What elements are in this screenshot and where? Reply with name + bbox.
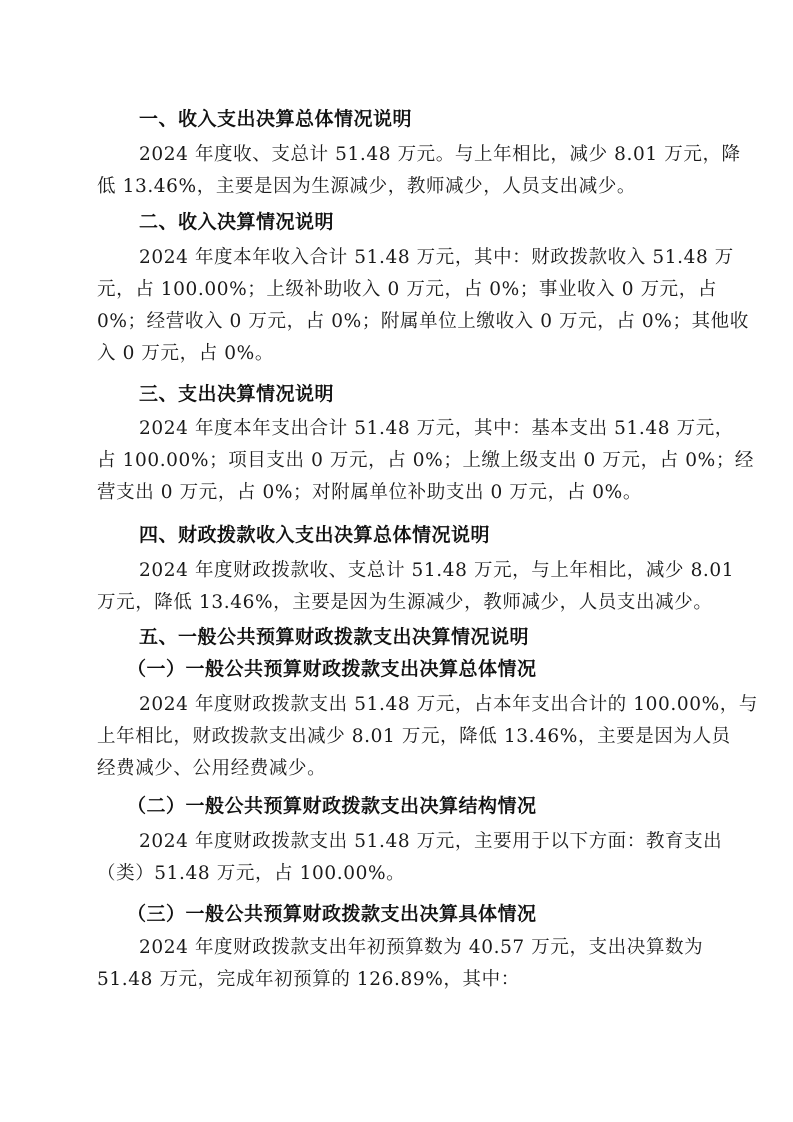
section-paragraph-2: 2024 年度本年收入合计 51.48 万元，其中：财政拨款收入 51.48 万… bbox=[97, 242, 699, 370]
paragraph-line: 低 13.46%，主要是因为生源减少，教师减少，人员支出减少。 bbox=[97, 171, 699, 203]
paragraph-line: 入 0 万元，占 0%。 bbox=[97, 338, 699, 370]
subsection-heading-5-1: （一）一般公共预算财政拨款支出决算总体情况 bbox=[127, 657, 537, 681]
section-heading-5: 五、一般公共预算财政拨款支出决算情况说明 bbox=[139, 625, 529, 649]
paragraph-line: 0%；经营收入 0 万元，占 0%；附属单位上缴收入 0 万元，占 0%；其他收 bbox=[97, 306, 699, 338]
section-heading-4: 四、财政拨款收入支出决算总体情况说明 bbox=[139, 523, 490, 547]
paragraph-line: 2024 年度财政拨款支出 51.48 万元，占本年支出合计的 100.00%，… bbox=[97, 689, 699, 721]
section-heading-1: 一、收入支出决算总体情况说明 bbox=[139, 107, 412, 131]
paragraph-line: 2024 年度本年支出合计 51.48 万元，其中：基本支出 51.48 万元， bbox=[97, 413, 699, 445]
paragraph-line: 营支出 0 万元，占 0%；对附属单位补助支出 0 万元，占 0%。 bbox=[97, 477, 699, 509]
section-paragraph-1: 2024 年度收、支总计 51.48 万元。与上年相比，减少 8.01 万元，降… bbox=[97, 139, 699, 203]
paragraph-line: 经费减少、公用经费减少。 bbox=[97, 753, 699, 785]
paragraph-line: 2024 年度财政拨款支出年初预算数为 40.57 万元，支出决算数为 bbox=[97, 932, 699, 964]
paragraph-line: 占 100.00%；项目支出 0 万元，占 0%；上缴上级支出 0 万元，占 0… bbox=[97, 445, 699, 477]
section-paragraph-4: 2024 年度财政拨款收、支总计 51.48 万元，与上年相比，减少 8.01 … bbox=[97, 555, 699, 619]
paragraph-line: 万元，降低 13.46%，主要是因为生源减少，教师减少，人员支出减少。 bbox=[97, 587, 699, 619]
subsection-paragraph-5-3: 2024 年度财政拨款支出年初预算数为 40.57 万元，支出决算数为 51.4… bbox=[97, 932, 699, 996]
paragraph-line: 2024 年度收、支总计 51.48 万元。与上年相比，减少 8.01 万元，降 bbox=[97, 139, 699, 171]
paragraph-line: 上年相比，财政拨款支出减少 8.01 万元，降低 13.46%，主要是因为人员 bbox=[97, 721, 699, 753]
subsection-heading-5-2: （二）一般公共预算财政拨款支出决算结构情况 bbox=[127, 794, 537, 818]
paragraph-line: 2024 年度本年收入合计 51.48 万元，其中：财政拨款收入 51.48 万 bbox=[97, 242, 699, 274]
subsection-paragraph-5-2: 2024 年度财政拨款支出 51.48 万元，主要用于以下方面：教育支出 （类）… bbox=[97, 826, 699, 890]
paragraph-line: 元，占 100.00%；上级补助收入 0 万元，占 0%；事业收入 0 万元，占 bbox=[97, 274, 699, 306]
subsection-heading-5-3: （三）一般公共预算财政拨款支出决算具体情况 bbox=[127, 902, 537, 926]
section-paragraph-3: 2024 年度本年支出合计 51.48 万元，其中：基本支出 51.48 万元，… bbox=[97, 413, 699, 509]
paragraph-line: 51.48 万元，完成年初预算的 126.89%，其中： bbox=[97, 964, 699, 996]
subsection-paragraph-5-1: 2024 年度财政拨款支出 51.48 万元，占本年支出合计的 100.00%，… bbox=[97, 689, 699, 785]
paragraph-line: 2024 年度财政拨款收、支总计 51.48 万元，与上年相比，减少 8.01 bbox=[97, 555, 699, 587]
paragraph-line: 2024 年度财政拨款支出 51.48 万元，主要用于以下方面：教育支出 bbox=[97, 826, 699, 858]
section-heading-3: 三、支出决算情况说明 bbox=[139, 382, 334, 406]
paragraph-line: （类）51.48 万元，占 100.00%。 bbox=[97, 858, 699, 890]
section-heading-2: 二、收入决算情况说明 bbox=[139, 210, 334, 234]
